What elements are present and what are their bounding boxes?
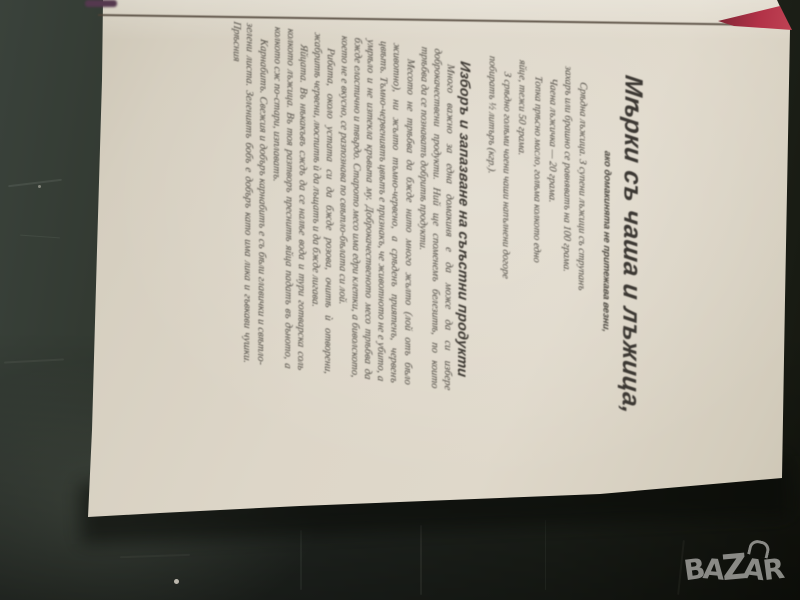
rotated-page-text: Мѣрки съ чаша и лъжица, ако домакинята н… xyxy=(98,0,786,509)
scratch-mark xyxy=(545,520,546,590)
scratch-mark xyxy=(420,525,422,595)
dust-speck xyxy=(38,185,41,188)
paragraph: Месото не трѣбва да бжде нито много жълт… xyxy=(335,35,416,386)
paragraph: Много важно за една домакиня е да може д… xyxy=(414,46,456,391)
measure-line: Срѣдна лъжица. З супени лъжици съ струпа… xyxy=(573,67,591,409)
measure-line: З срѣдно голѣми чаени чаши напълнени дог… xyxy=(497,57,515,399)
scratch-mark xyxy=(8,179,62,188)
watermark-letter: R xyxy=(761,549,787,591)
scratch-mark xyxy=(120,554,190,558)
page-subtitle: ако домакинята не притежава везни, xyxy=(600,71,614,412)
paragraph: Яйцата. Въ нѣкакъвъ сждъ да се налѣе вод… xyxy=(267,26,309,371)
measure-line: побиратъ ½ литъръ (кгр.). xyxy=(482,55,500,397)
scratch-mark xyxy=(300,530,302,590)
dust-speck xyxy=(174,579,179,584)
text-column: Мѣрки съ чаша и лъжица, ако домакинята н… xyxy=(227,21,647,417)
measure-line: яйце, тежи 50 грама. xyxy=(512,59,530,401)
measure-line: Чаена лъжичка — 20 грама. xyxy=(542,63,560,405)
scratch-mark xyxy=(4,358,64,363)
measures-list: Срѣдна лъжица. З супени лъжици съ струпа… xyxy=(482,55,591,409)
scratch-mark xyxy=(20,235,60,239)
measure-line: Топка прѣсно масло, голѣма колкото едно xyxy=(527,61,545,403)
cover-edge-mark xyxy=(85,0,117,7)
page-title: Мѣрки съ чаша и лъжица, xyxy=(616,73,648,417)
paragraph: Карнабитъ. Свежия и добъръ карнабитъ е с… xyxy=(227,21,269,366)
photo-of-open-book: Мѣрки съ чаша и лъжица, ако домакинята н… xyxy=(0,0,800,600)
section-heading: Изборъ и запазване на съѣстни продукти xyxy=(454,45,473,393)
paragraph: Рибата, около устата си да бжде розова, … xyxy=(308,31,337,375)
measure-line: захаръ или брашно се равняватъ на 100 гр… xyxy=(557,65,575,407)
body-text: Много важно за една домакиня е да може д… xyxy=(227,21,456,392)
bazar-watermark: BAZAR xyxy=(684,548,796,594)
